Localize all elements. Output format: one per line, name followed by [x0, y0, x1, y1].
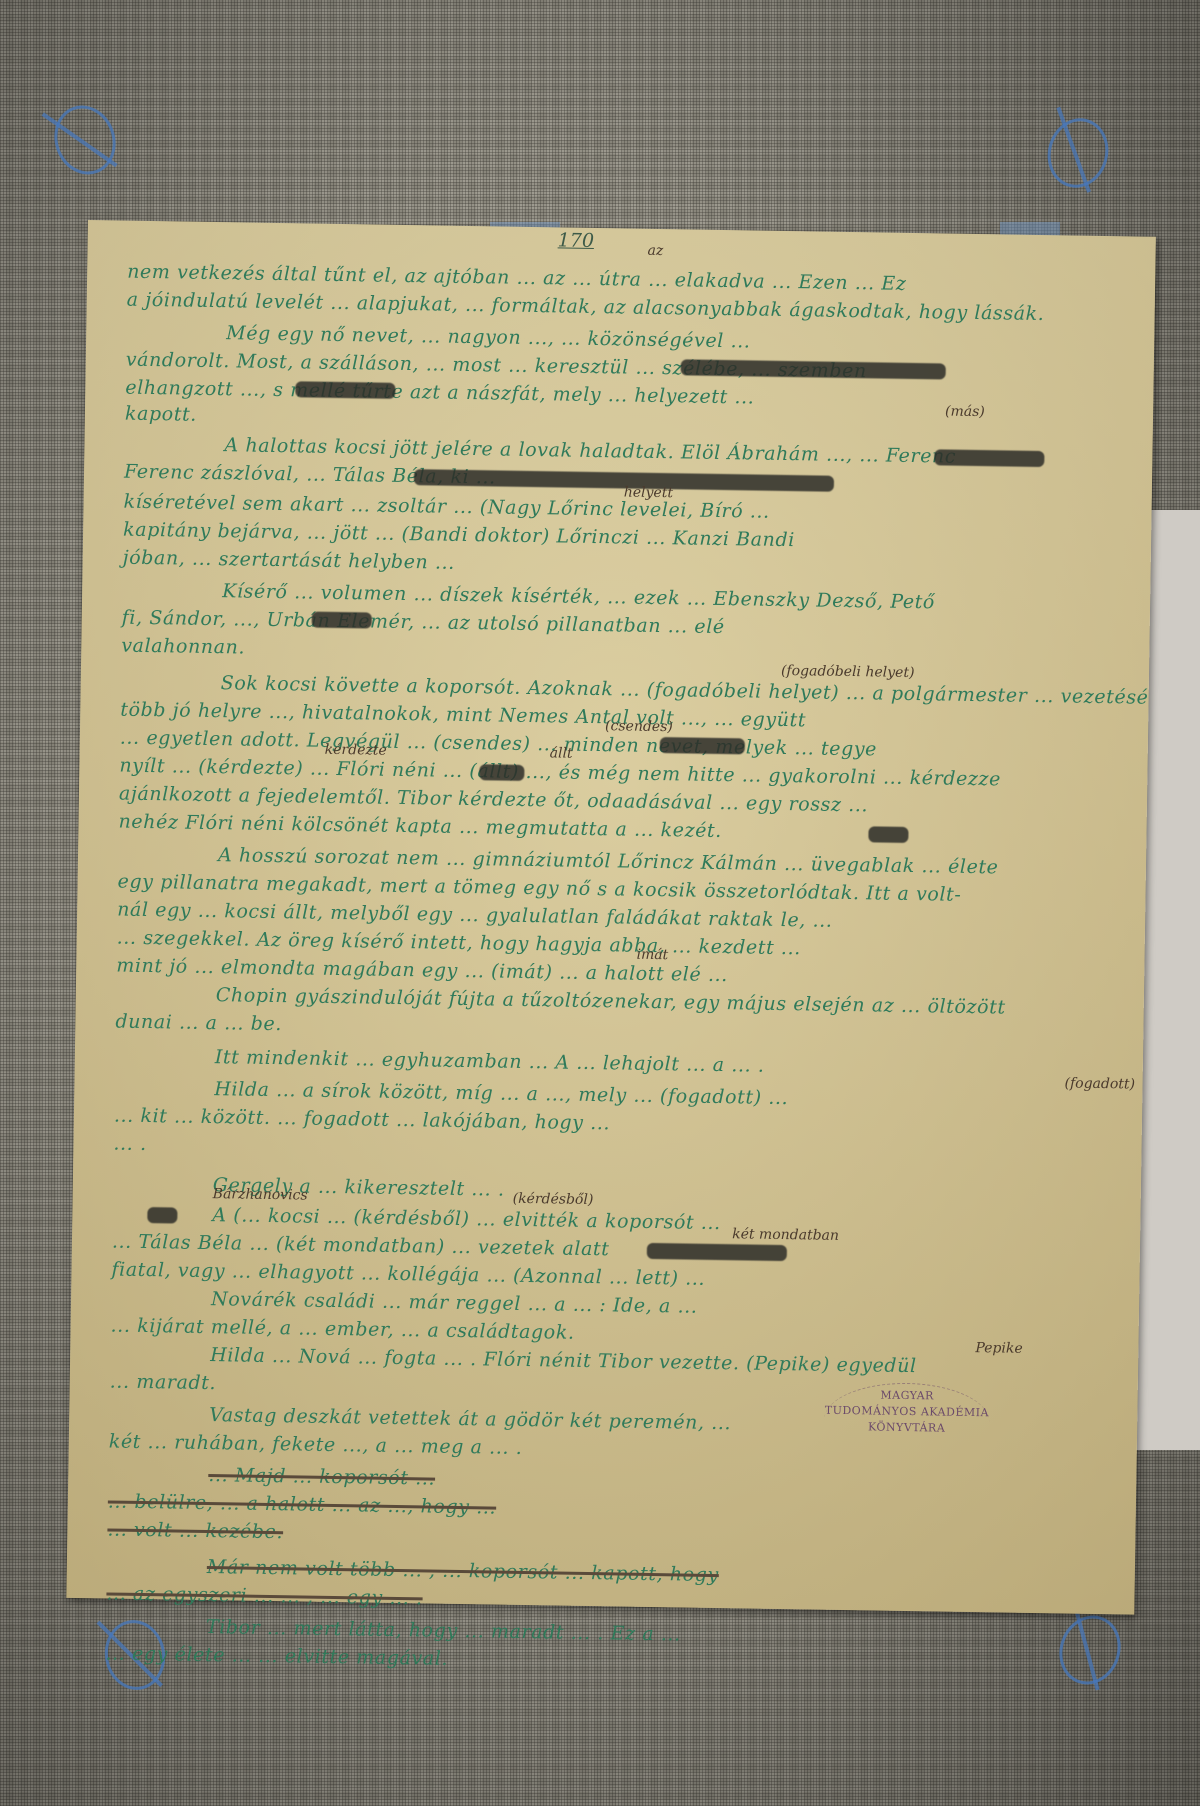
manuscript-line-text: A halottas kocsi jött jelére a lovak hal…	[224, 434, 956, 467]
redaction-mark	[312, 612, 372, 629]
manuscript-line-text: ... maradt.	[110, 1370, 217, 1394]
redaction-mark	[868, 826, 908, 843]
manuscript-line: Itt mindenkit ... egyhuzamban ... A ... …	[75, 1044, 1143, 1083]
manuscript-line-text: kapitány bejárva, ... jött ... (Bandi do…	[123, 519, 795, 552]
manuscript-line-text: ... Tálas Béla ... (két mondatban) ... v…	[112, 1231, 610, 1261]
correction-insertion: helyett	[624, 484, 673, 501]
manuscript-page: 170 nem vetkezés által tűnt el, az ajtób…	[66, 220, 1156, 1615]
correction-insertion: kérdezte	[325, 742, 387, 759]
correction-insertion: az	[647, 243, 663, 259]
manuscript-line-text: Már nem volt több ... , ... koporsót ...…	[207, 1556, 719, 1586]
manuscript-line-text: Tibor ... mert látta, hogy ... maradt ..…	[206, 1616, 681, 1645]
manuscript-line-text: jóban, ... szertartását helyben ...	[123, 547, 456, 574]
correction-insertion: imát	[636, 947, 668, 963]
correction-insertion: Bárzhanovics	[213, 1186, 308, 1203]
redaction-mark	[647, 1243, 787, 1261]
correction-insertion: két mondatban	[732, 1226, 839, 1244]
manuscript-line-text: ... volt ... kezébe.	[107, 1518, 283, 1543]
manuscript-line-text: ... kijárat mellé, a ... ember, ... a cs…	[110, 1314, 574, 1343]
manuscript-line-text: ... Majd ... koporsót ...	[208, 1464, 435, 1490]
manuscript-line-text: nehéz Flóri néni kölcsönét kapta ... meg…	[118, 811, 722, 842]
redaction-mark	[295, 381, 395, 399]
redaction-mark	[934, 449, 1044, 467]
manuscript-line-text: Itt mindenkit ... egyhuzamban ... A ... …	[215, 1046, 765, 1077]
manuscript-line-text: ... .	[113, 1133, 147, 1156]
manuscript-line-text: A (... kocsi ... (kérdésből) ... elvitté…	[212, 1204, 721, 1234]
manuscript-line-text: Hilda ... a sírok között, míg ... a ...,…	[214, 1078, 788, 1109]
manuscript-line-text: Vastag deszkát vetettek át a gödör két p…	[209, 1404, 731, 1434]
manuscript-line-text: ... belülre, ... a halott ... az ..., ho…	[108, 1490, 497, 1518]
manuscript-text: nem vetkezés által tűnt el, az ajtóban .…	[88, 220, 1156, 237]
manuscript-line-text: ... kit ... között. ... fogadott ... lak…	[114, 1105, 611, 1135]
correction-insertion: (csendes)	[605, 718, 673, 735]
manuscript-line-text: ajánlkozott a fejedelemtől. Tibor kérdez…	[119, 783, 869, 817]
manuscript-line-text: Kísérő ... volumen ... díszek kísérték, …	[222, 580, 935, 613]
manuscript-line-text: Még egy nő nevet, ... nagyon ..., ... kö…	[226, 322, 751, 352]
correction-insertion: (kérdésből)	[513, 1191, 594, 1208]
manuscript-line-text: ... az egyszeri ... ... , ... egy ... .	[106, 1582, 423, 1609]
manuscript-line-text: dunai ... a ... be.	[115, 1011, 282, 1036]
manuscript-line-text: fi, Sándor, ..., Urbán Elemér, ... az ut…	[122, 607, 725, 638]
redactions	[88, 220, 1156, 237]
manuscript-line-text: nál egy ... kocsi állt, melyből egy ... …	[117, 899, 833, 932]
redaction-mark	[479, 764, 524, 781]
manuscript-line-text: több jó helyre ..., hivatalnokok, mint N…	[120, 699, 806, 732]
correction-insertion: (fogadott)	[1064, 1075, 1135, 1092]
correction-insertion: állt	[550, 745, 573, 761]
manuscript-line-text: két ... ruhában, fekete ..., a ... meg a…	[109, 1430, 523, 1458]
manuscript-line-text: Hilda ... Nová ... fogta ... . Flóri nén…	[210, 1344, 917, 1377]
page-number: 170	[558, 229, 595, 252]
stamp-line-3: KÖNYVTÁRA	[824, 1419, 989, 1438]
corner-mark-top-left-icon	[45, 97, 125, 183]
stamp-line-2: TUDOMÁNYOS AKADÉMIA	[824, 1403, 989, 1422]
redaction-mark	[660, 737, 745, 754]
manuscript-line-text: kapott.	[125, 403, 197, 426]
insertions: az(más)helyett(fogadóbeli helyet)(csende…	[88, 220, 1156, 237]
correction-insertion: Pepike	[975, 1340, 1023, 1357]
manuscript-line-text: ... szegekkel. Az öreg kísérő intett, ho…	[117, 927, 801, 960]
redaction-mark	[147, 1207, 177, 1223]
manuscript-line-text: valahonnan.	[121, 635, 245, 659]
manuscript-line-text: Novárék családi ... már reggel ... a ...…	[211, 1288, 698, 1318]
manuscript-line-text: fiatal, vagy ... elhagyott ... kollégája…	[111, 1259, 705, 1290]
correction-insertion: (fogadóbeli helyet)	[781, 663, 915, 681]
correction-insertion: (más)	[945, 403, 985, 420]
corner-mark-top-right-icon	[1040, 111, 1116, 194]
library-stamp: MAGYAR TUDOMÁNYOS AKADÉMIA KÖNYVTÁRA	[824, 1382, 990, 1460]
